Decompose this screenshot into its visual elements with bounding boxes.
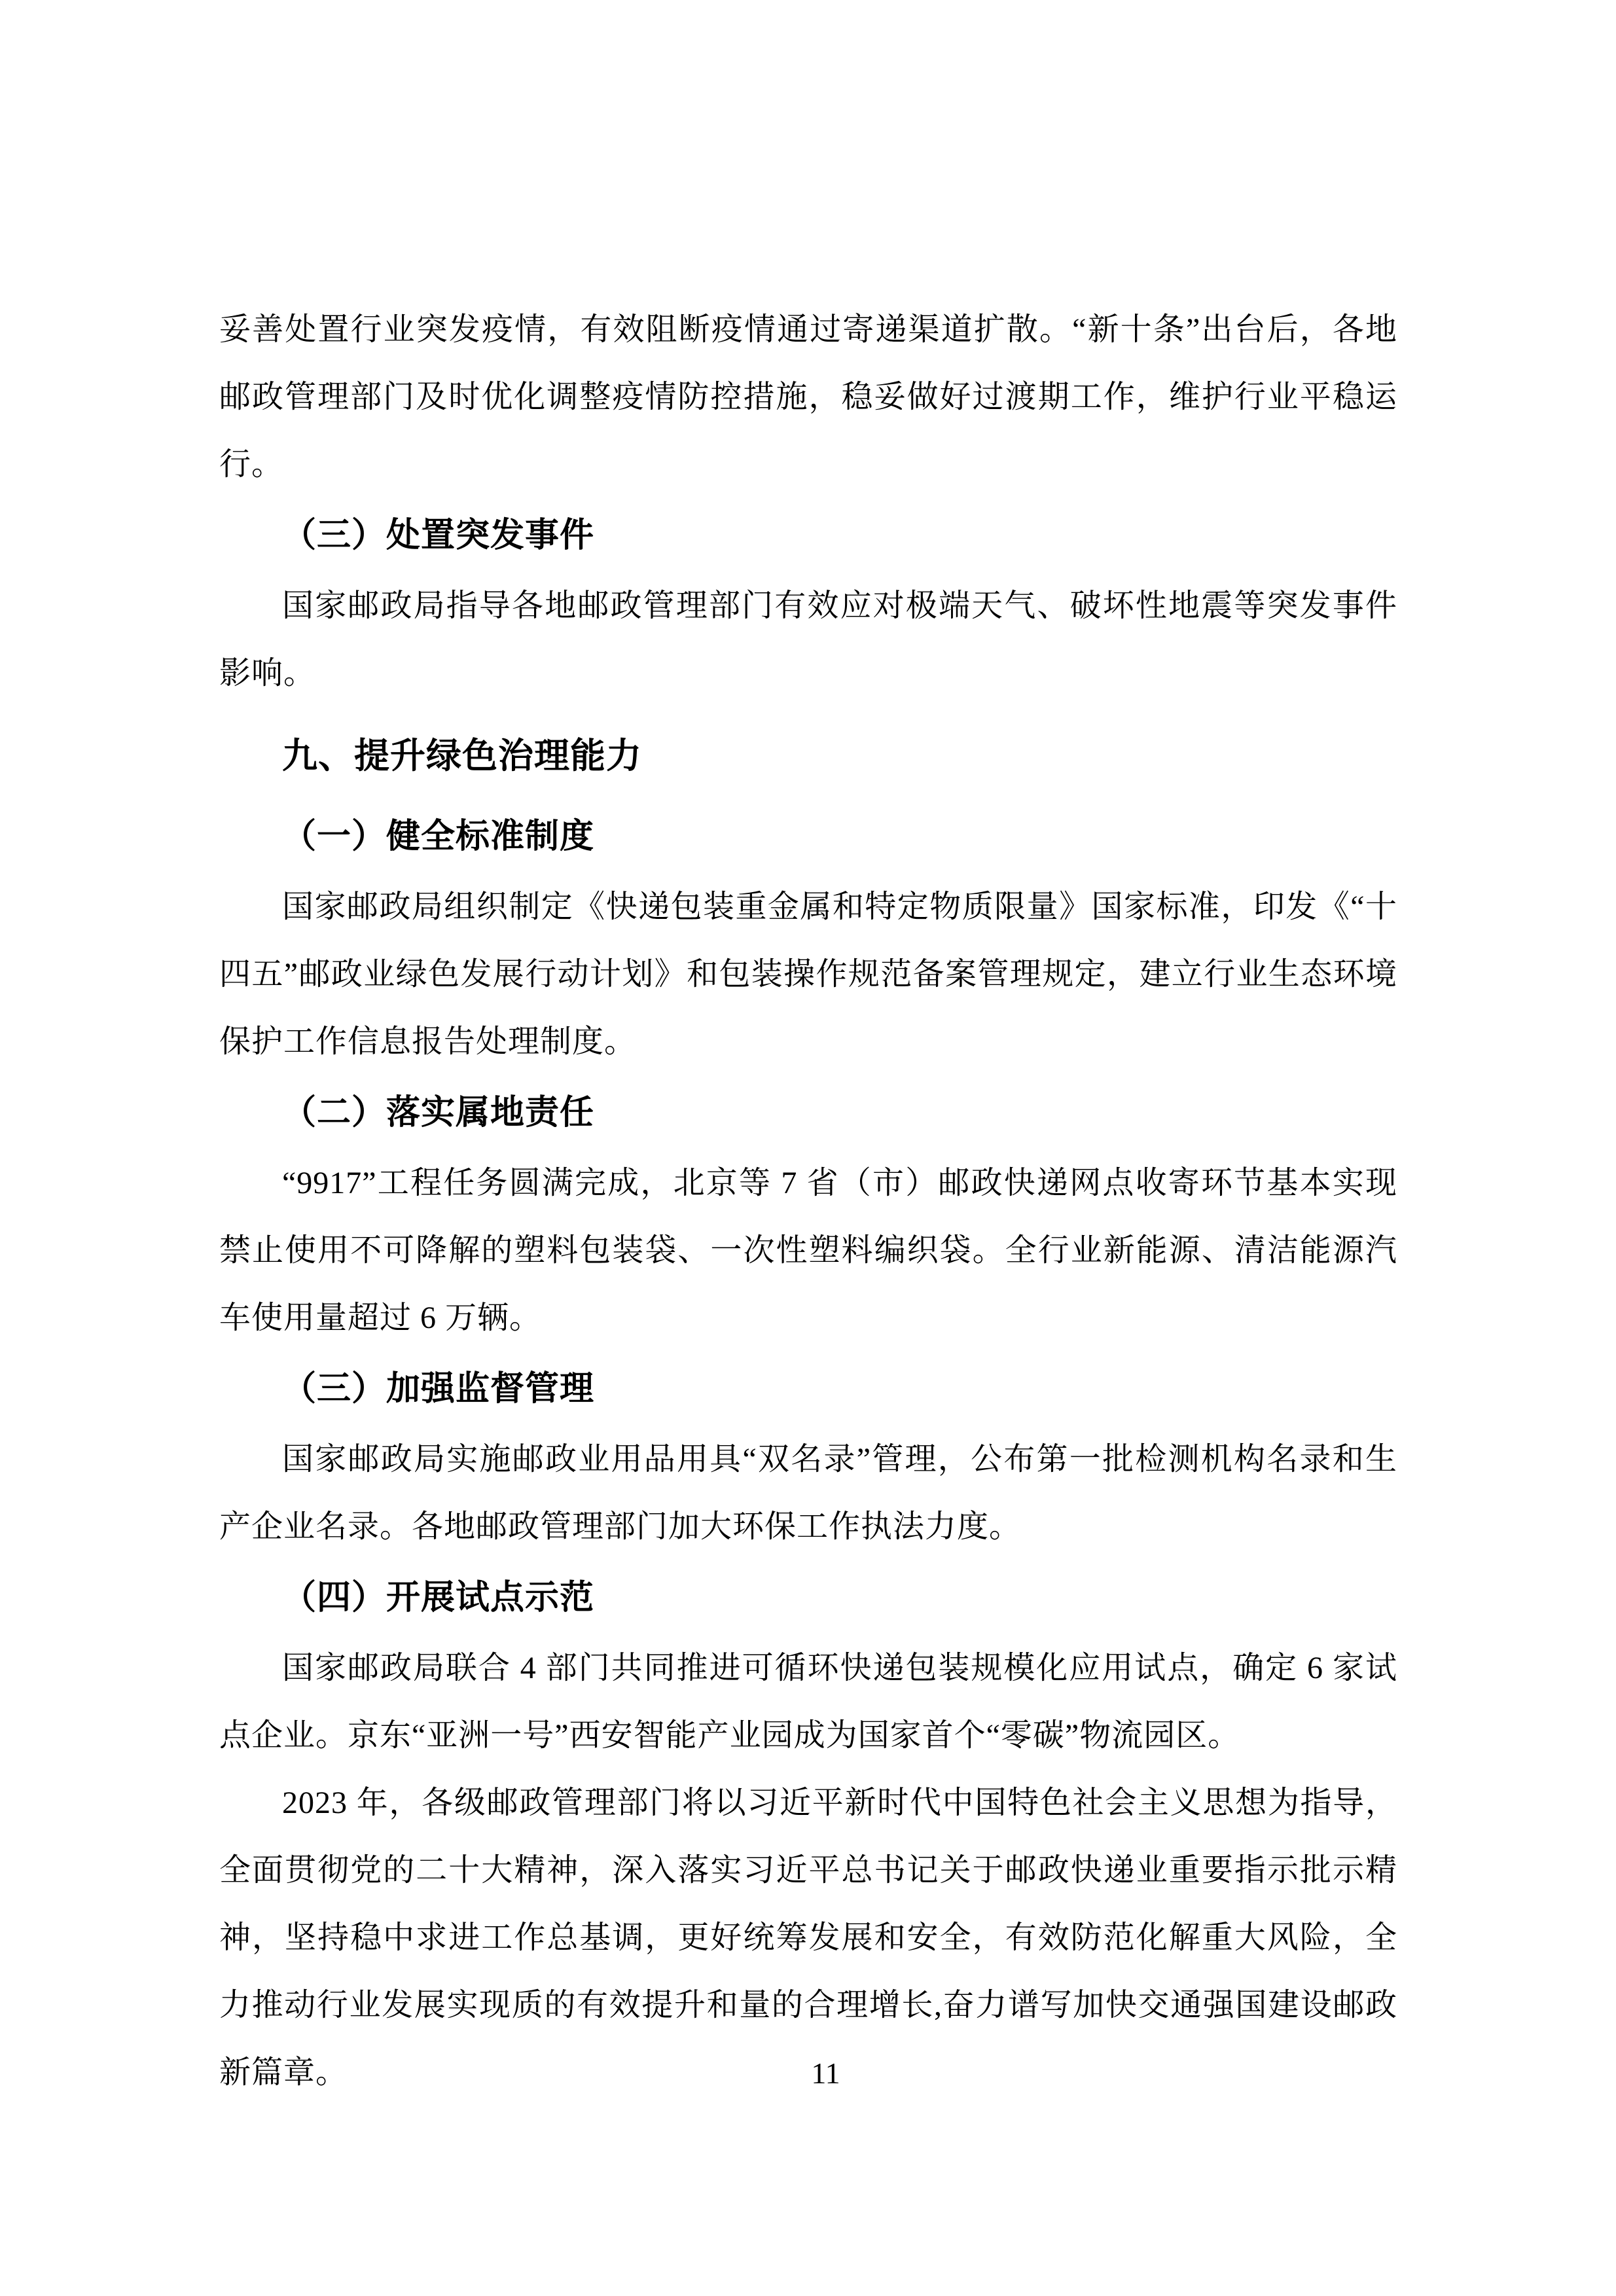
paragraph-emergency-response: 国家邮政局指导各地邮政管理部门有效应对极端天气、破坏性地震等突发事件影响。: [219, 572, 1397, 707]
text-block: 妥善处置行业突发疫情，有效阻断疫情通过寄递渠道扩散。“新十条”出台后，各地邮政管…: [219, 296, 1397, 2106]
page-number: 11: [0, 2054, 1616, 2093]
section-heading-green-governance: 九、提升绿色治理能力: [219, 723, 1397, 790]
subsection-heading-pilot-demonstration: （四）开展试点示范: [219, 1564, 1397, 1632]
subsection-heading-supervision: （三）加强监督管理: [219, 1355, 1397, 1423]
paragraph-standards: 国家邮政局组织制定《快递包装重金属和特定物质限量》国家标准，印发《“十四五”邮政…: [219, 873, 1397, 1075]
paragraph-epidemic-continuation: 妥善处置行业突发疫情，有效阻断疫情通过寄递渠道扩散。“新十条”出台后，各地邮政管…: [219, 296, 1397, 498]
paragraph-local-responsibility: “9917”工程任务圆满完成，北京等 7 省（市）邮政快递网点收寄环节基本实现禁…: [219, 1149, 1397, 1352]
subsection-heading-local-responsibility: （二）落实属地责任: [219, 1079, 1397, 1147]
subsection-heading-standards: （一）健全标准制度: [219, 803, 1397, 870]
subsection-heading-emergency-response: （三）处置突发事件: [219, 502, 1397, 569]
document-page: 妥善处置行业突发疫情，有效阻断疫情通过寄递渠道扩散。“新十条”出台后，各地邮政管…: [0, 0, 1616, 2296]
paragraph-supervision: 国家邮政局实施邮政业用品用具“双名录”管理，公布第一批检测机构名录和生产企业名录…: [219, 1426, 1397, 1560]
paragraph-pilot-demonstration: 国家邮政局联合 4 部门共同推进可循环快递包装规模化应用试点，确定 6 家试点企…: [219, 1634, 1397, 1769]
